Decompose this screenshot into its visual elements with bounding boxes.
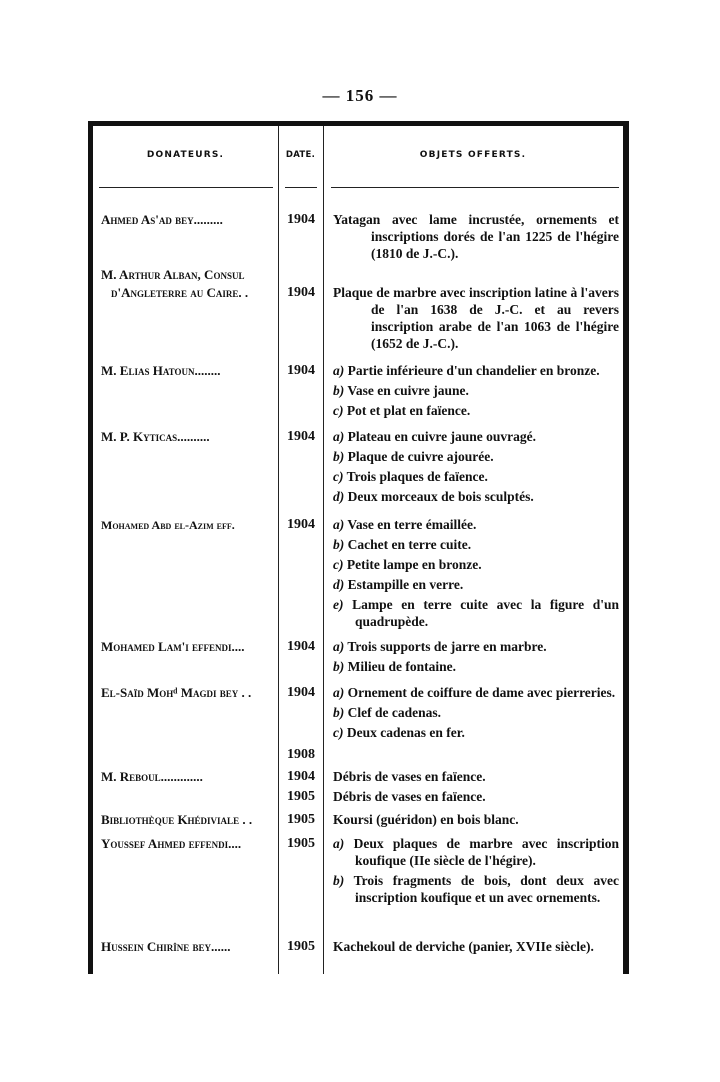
object-item: a) Ornement de coiffure de dame avec pie… (333, 684, 619, 701)
object-text: Yatagan avec lame incrustée, ornements e… (333, 211, 619, 262)
donation-date: 1904 (280, 211, 322, 229)
object-item: b) Plaque de cuivre ajourée. (333, 448, 619, 465)
header-date: DATE. (278, 126, 323, 184)
object-item: a) Vase en terre émaillée. (333, 516, 619, 533)
donor-name-line2: d'Angleterre au Caire. . (101, 284, 277, 302)
object-item: a) Deux plaques de marbre avec inscripti… (333, 835, 619, 869)
object-item: c) Deux cadenas en fer. (333, 724, 619, 741)
donor-name: Ahmed As'ad bey......... (101, 211, 277, 229)
object-item: a) Partie inférieure d'un chandelier en … (333, 362, 619, 379)
donor-name: M. P. Kyticas.......... (101, 428, 277, 446)
donation-date: 1905 (280, 938, 322, 956)
donated-object: Plaque de marbre avec inscription latine… (333, 284, 619, 352)
header-rule (285, 187, 317, 188)
donated-objects-list: a) Ornement de coiffure de dame avec pie… (333, 684, 619, 744)
object-item: b) Clef de cadenas. (333, 704, 619, 721)
donor-name: El-Saïd Mohᵈ Magdi bey . . (101, 684, 277, 702)
donation-date: 1904 (280, 284, 322, 302)
object-item: b) Cachet en terre cuite. (333, 536, 619, 553)
donation-date: 1905 (280, 835, 322, 853)
object-item: e) Lampe en terre cuite avec la figure d… (333, 596, 619, 630)
donated-objects-list: a) Partie inférieure d'un chandelier en … (333, 362, 619, 422)
donor-name: Mohamed Lam'i effendi.... (101, 638, 277, 656)
donor-name: M. Arthur Alban, Consul d'Angleterre au … (101, 266, 277, 302)
header-rule (331, 187, 619, 188)
donation-date: 1904 (280, 428, 322, 446)
donated-object: Débris de vases en faïence. (333, 768, 619, 785)
object-item: d) Deux morceaux de bois sculptés. (333, 488, 619, 505)
object-item: c) Petite lampe en bronze. (333, 556, 619, 573)
donation-date: 1905 (280, 811, 322, 829)
object-item: b) Milieu de fontaine. (333, 658, 619, 675)
object-item: a) Trois supports de jarre en marbre. (333, 638, 619, 655)
donor-name: Youssef Ahmed effendi.... (101, 835, 277, 853)
header-objets: OBJETS OFFERTS. (323, 126, 623, 184)
donated-objects-list: a) Trois supports de jarre en marbre. b)… (333, 638, 619, 678)
donation-date: 1904 (280, 638, 322, 656)
donated-object: Koursi (guéridon) en bois blanc. (333, 811, 619, 828)
donor-name: Mohamed Abd el-Azim eff. (101, 516, 277, 534)
object-text: Plaque de marbre avec inscription latine… (333, 284, 619, 352)
donation-date-2: 1905 (280, 788, 322, 806)
donation-date-2: 1908 (280, 746, 322, 764)
donation-date: 1904 (280, 768, 322, 786)
object-item: d) Estampille en verre. (333, 576, 619, 593)
donated-object: Kachekoul de derviche (panier, XVIIe siè… (333, 938, 619, 955)
column-divider-2 (323, 126, 324, 974)
object-item: c) Trois plaques de faïence. (333, 468, 619, 485)
donation-date: 1904 (280, 516, 322, 534)
donation-date: 1904 (280, 362, 322, 380)
donated-objects-list: a) Deux plaques de marbre avec inscripti… (333, 835, 619, 909)
header-rule (99, 187, 273, 188)
donor-name-line1: M. Arthur Alban, Consul (101, 267, 244, 282)
object-item: b) Vase en cuivre jaune. (333, 382, 619, 399)
page-number: — 156 — (0, 86, 720, 106)
object-item: a) Plateau en cuivre jaune ouvragé. (333, 428, 619, 445)
donated-object-2: Débris de vases en faïence. (333, 788, 619, 805)
column-divider-1 (278, 126, 279, 974)
donated-objects-list: a) Vase en terre émaillée. b) Cachet en … (333, 516, 619, 633)
donor-name: Bibliothèque Khédiviale . . (101, 811, 277, 829)
donor-name: M. Elias Hatoun........ (101, 362, 277, 380)
donations-table: DONATEURS. DATE. OBJETS OFFERTS. Ahmed A… (88, 121, 629, 974)
donor-name: Hussein Chirîne bey...... (101, 938, 277, 956)
donor-name: M. Reboul............. (101, 768, 277, 786)
header-donateurs: DONATEURS. (93, 126, 278, 184)
donated-objects-list: a) Plateau en cuivre jaune ouvragé. b) P… (333, 428, 619, 508)
donation-date: 1904 (280, 684, 322, 702)
object-item: c) Pot et plat en faïence. (333, 402, 619, 419)
object-item: b) Trois fragments de bois, dont deux av… (333, 872, 619, 906)
donated-object: Yatagan avec lame incrustée, ornements e… (333, 211, 619, 262)
